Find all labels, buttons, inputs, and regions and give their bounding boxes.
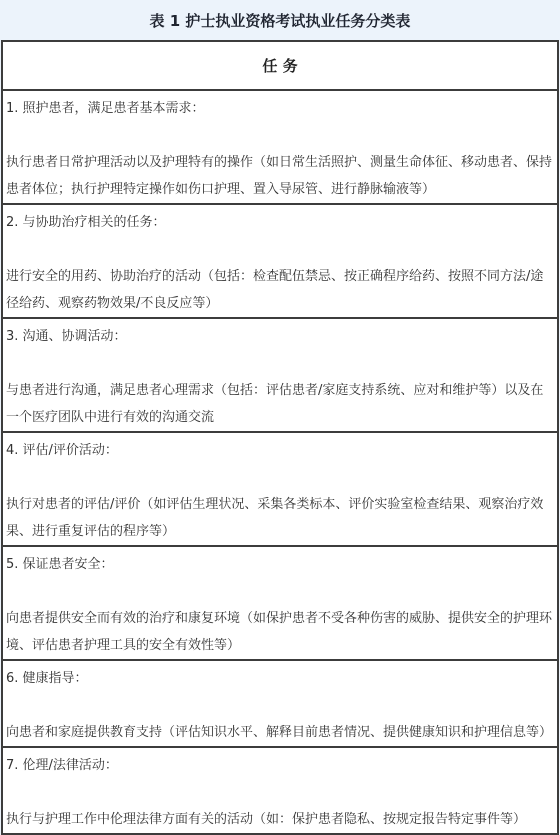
document-page: 表 1 护士执业资格考试执业任务分类表 任 务 1. 照护患者，满足患者基本需求… <box>0 0 560 835</box>
task-row-1-description: 执行患者日常护理活动以及护理特有的操作（如日常生活照护、测量生命体征、移动患者、… <box>6 149 553 203</box>
task-row-3-description: 与患者进行沟通，满足患者心理需求（包括：评估患者/家庭支持系统、应对和维护等）以… <box>6 377 553 431</box>
task-row-5-description: 向患者提供安全而有效的治疗和康复环境（如保护患者不受各种伤害的威胁、提供安全的护… <box>6 605 553 659</box>
task-row-2-heading: 2. 与协助治疗相关的任务： <box>6 209 553 236</box>
task-row-2-description: 进行安全的用药、协助治疗的活动（包括：检查配伍禁忌、按正确程序给药、按照不同方法… <box>6 263 553 317</box>
task-row-1-heading: 1. 照护患者，满足患者基本需求： <box>6 95 553 122</box>
task-row-7: 7. 伦理/法律活动： 执行与护理工作中伦理法律方面有关的活动（如：保护患者隐私… <box>3 748 557 833</box>
task-row-6-description: 向患者和家庭提供教育支持（评估知识水平、解释目前患者情况、提供健康知识和护理信息… <box>6 719 553 746</box>
task-row-3-heading: 3. 沟通、协调活动： <box>6 323 553 350</box>
task-row-4-heading: 4. 评估/评价活动： <box>6 437 553 464</box>
task-row-4-description: 执行对患者的评估/评价（如评估生理状况、采集各类标本、评价实验室检查结果、观察治… <box>6 491 553 545</box>
task-row-6: 6. 健康指导： 向患者和家庭提供教育支持（评估知识水平、解释目前患者情况、提供… <box>3 661 557 748</box>
task-row-7-heading: 7. 伦理/法律活动： <box>6 752 553 779</box>
task-row-1: 1. 照护患者，满足患者基本需求： 执行患者日常护理活动以及护理特有的操作（如日… <box>3 91 557 205</box>
task-row-2: 2. 与协助治疗相关的任务： 进行安全的用药、协助治疗的活动（包括：检查配伍禁忌… <box>3 205 557 319</box>
table-header-task: 任 务 <box>3 42 557 91</box>
task-row-4: 4. 评估/评价活动： 执行对患者的评估/评价（如评估生理状况、采集各类标本、评… <box>3 433 557 547</box>
page-title: 表 1 护士执业资格考试执业任务分类表 <box>0 0 560 40</box>
task-row-6-heading: 6. 健康指导： <box>6 665 553 692</box>
task-row-3: 3. 沟通、协调活动： 与患者进行沟通，满足患者心理需求（包括：评估患者/家庭支… <box>3 319 557 433</box>
task-row-5: 5. 保证患者安全： 向患者提供安全而有效的治疗和康复环境（如保护患者不受各种伤… <box>3 547 557 661</box>
task-row-5-heading: 5. 保证患者安全： <box>6 551 553 578</box>
task-classification-table: 任 务 1. 照护患者，满足患者基本需求： 执行患者日常护理活动以及护理特有的操… <box>1 40 559 835</box>
task-row-7-description: 执行与护理工作中伦理法律方面有关的活动（如：保护患者隐私、按规定报告特定事件等） <box>6 806 553 833</box>
